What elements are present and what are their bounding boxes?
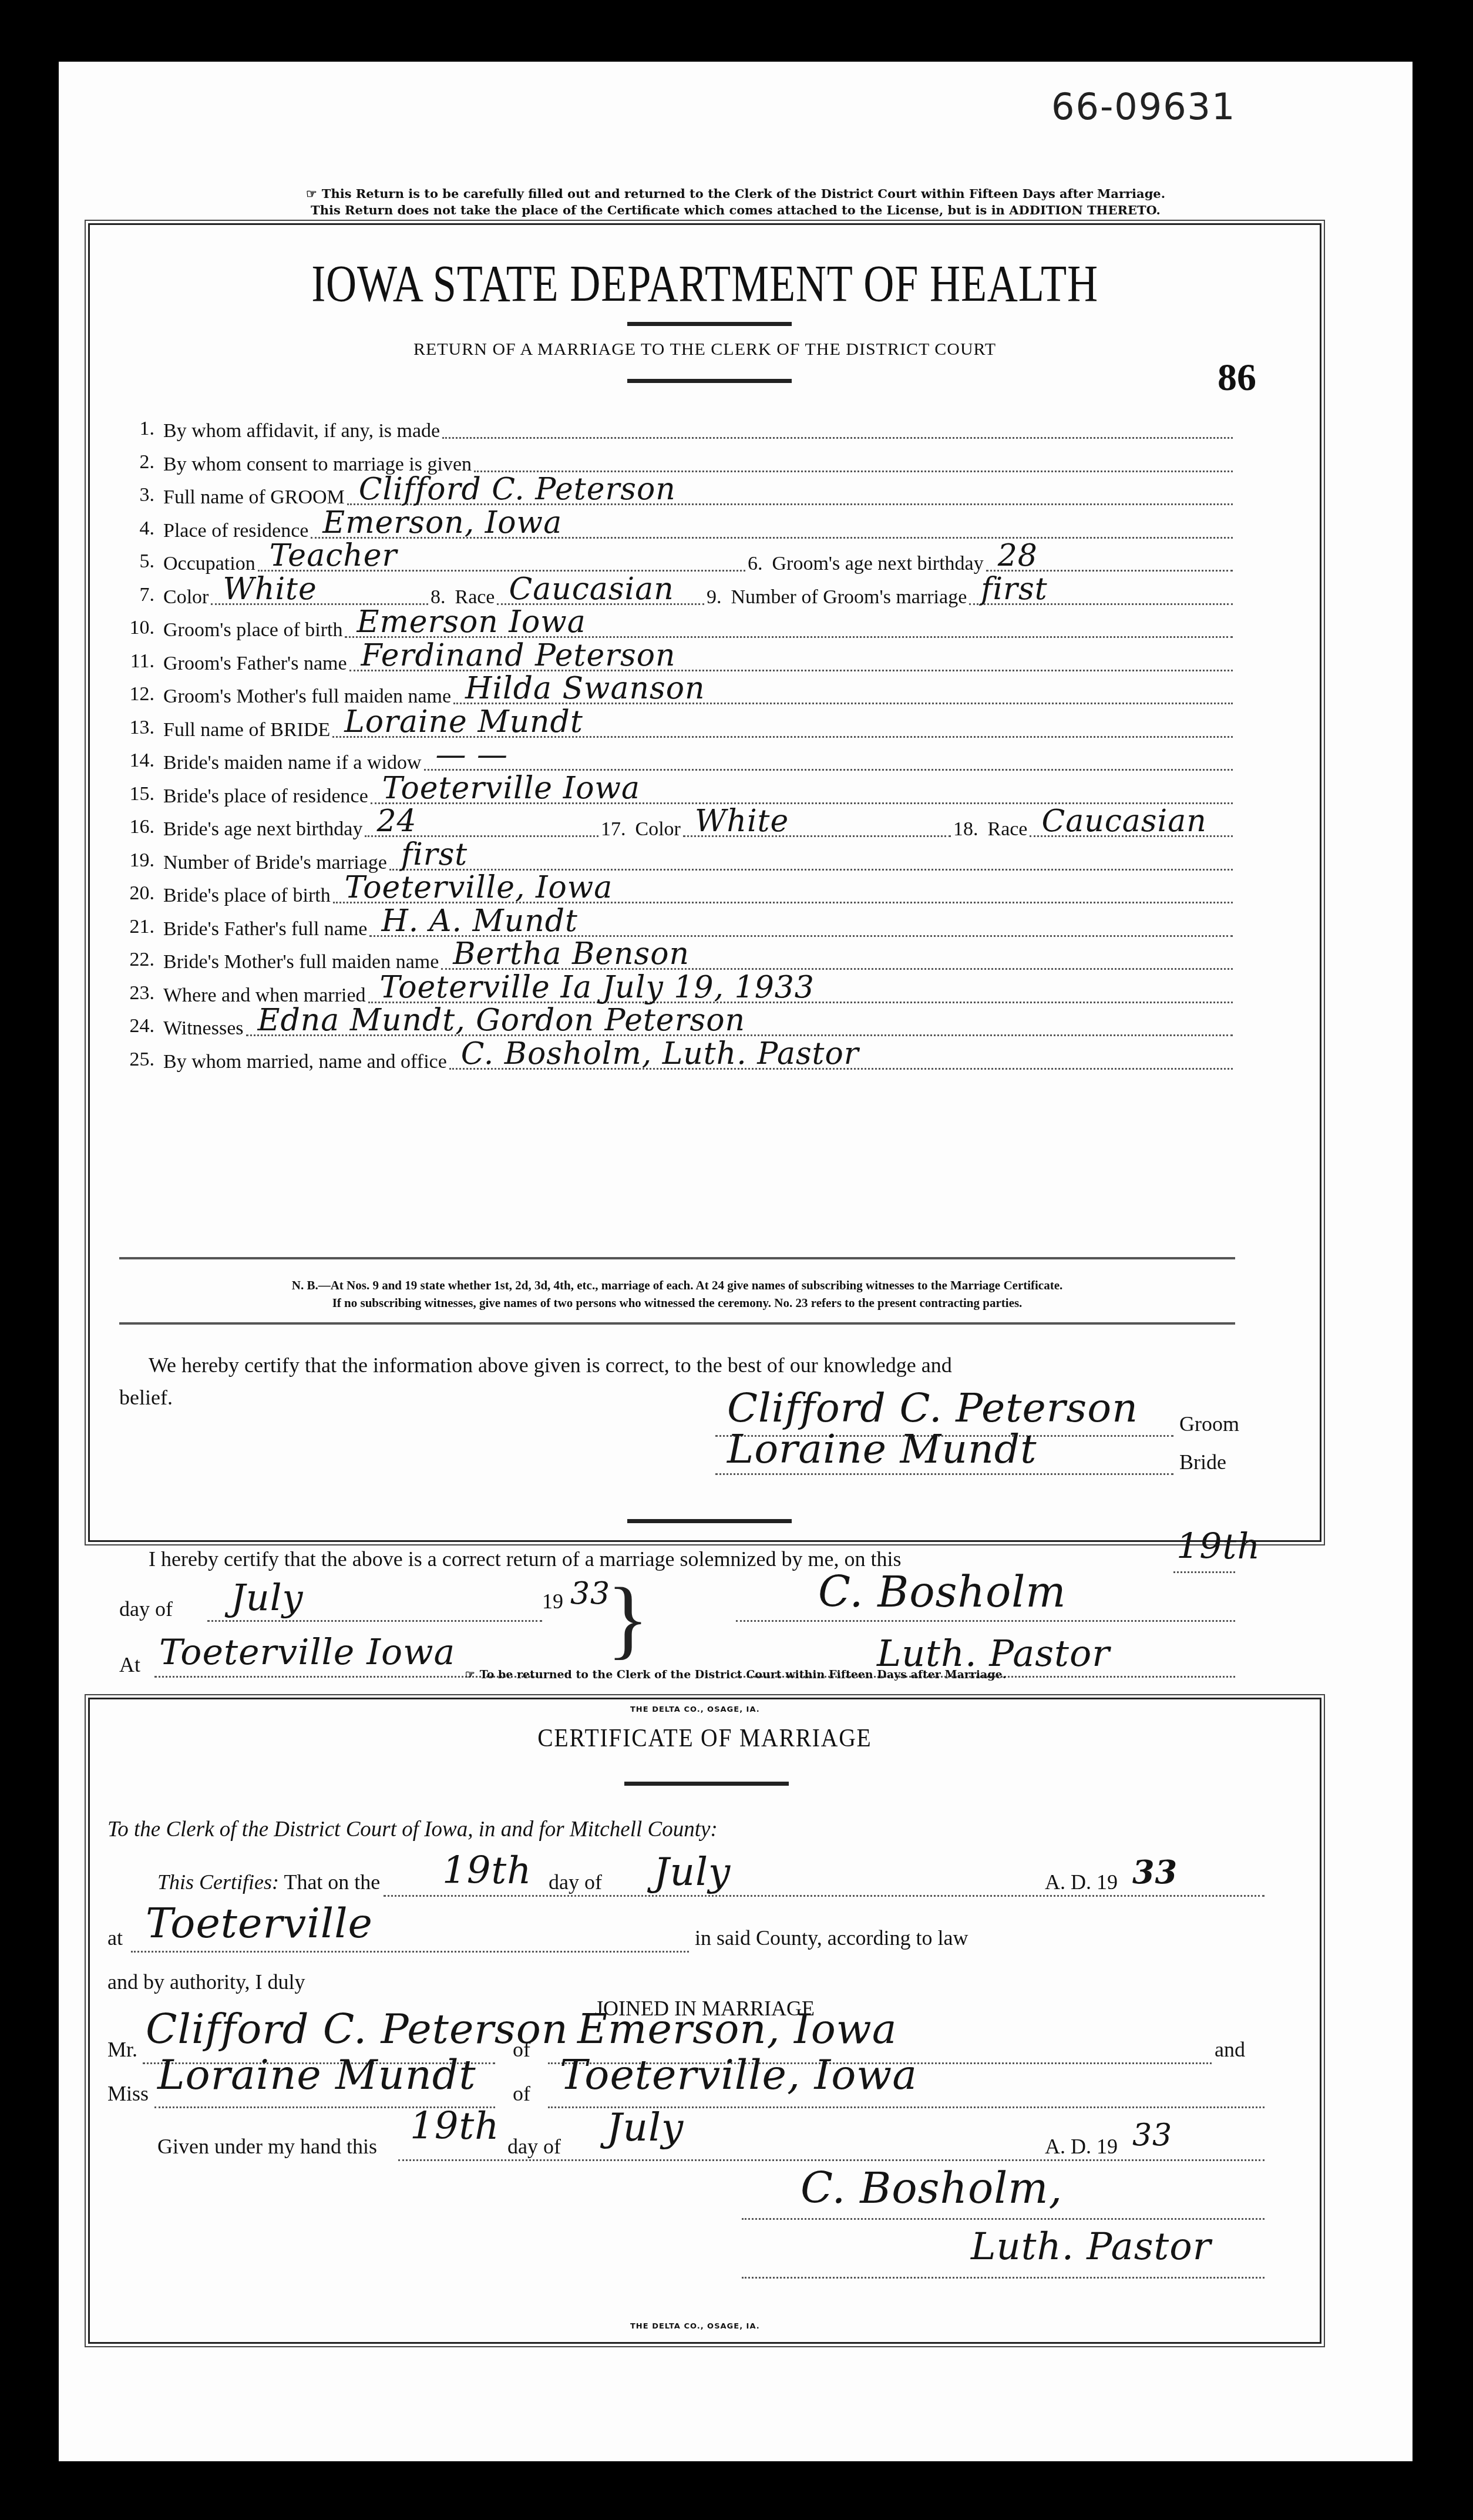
field-number: 15. xyxy=(119,783,154,805)
mr-label: Mr. xyxy=(107,2037,137,2062)
field-value: Toeterville Ia July 19, 1933 xyxy=(380,970,815,1005)
return-notice-line-1: ☞This Return is to be carefully filled o… xyxy=(59,186,1413,201)
field-line: 24 xyxy=(365,835,598,837)
field-number: 13. xyxy=(119,717,154,739)
form-row: 19.Number of Bride's marriagefirst xyxy=(119,845,1235,879)
field-value: Loraine Mundt xyxy=(344,704,583,740)
divider xyxy=(627,379,792,383)
field-value: Edna Mundt, Gordon Peterson xyxy=(258,1003,746,1038)
field-value: Emerson Iowa xyxy=(357,604,586,640)
field-number: 24. xyxy=(119,1015,154,1037)
field-number: 25. xyxy=(119,1049,154,1071)
field-number: 23. xyxy=(119,982,154,1004)
given-day-of-label: day of xyxy=(504,2134,564,2159)
field-number: 18. xyxy=(953,818,978,844)
field-number: 7. xyxy=(119,584,154,606)
field-label: Color xyxy=(163,586,208,612)
field-line xyxy=(442,437,1233,439)
field-number: 19. xyxy=(119,849,154,872)
form-field: Bride's age next birthday24 xyxy=(163,811,601,844)
officiant-title-line xyxy=(742,2277,1265,2279)
divider xyxy=(119,1257,1235,1259)
nb-note-1: N. B.—At Nos. 9 and 19 state whether 1st… xyxy=(119,1278,1235,1293)
field-value: 28 xyxy=(998,538,1038,573)
form-field: Number of Bride's marriagefirst xyxy=(163,845,1235,878)
field-number: 9. xyxy=(707,586,722,612)
certificate-day: 19th xyxy=(442,1849,532,1893)
groom-residence: Emerson, Iowa xyxy=(577,2005,897,2053)
day-line xyxy=(1173,1571,1235,1573)
notice-text-1: This Return is to be carefully filled ou… xyxy=(322,186,1165,201)
field-value: Ferdinand Peterson xyxy=(361,638,676,673)
couple-certification-text-2: belief. xyxy=(119,1385,173,1410)
field-number: 5. xyxy=(119,550,154,573)
form-row: 20.Bride's place of birthToeterville, Io… xyxy=(119,878,1235,912)
brace: } xyxy=(607,1575,649,1663)
day-value: 19th xyxy=(1176,1526,1260,1567)
field-label: Bride's place of birth xyxy=(163,885,331,910)
certificate-notice: ☞To be returned to the Clerk of the Dist… xyxy=(59,1668,1413,1681)
divider xyxy=(627,322,792,326)
form-field: 9.Number of Groom's marriagefirst xyxy=(707,579,1235,612)
at-label: at xyxy=(107,1926,123,1950)
certificate-place: Toeterville xyxy=(146,1899,373,1947)
pointing-hand-icon: ☞ xyxy=(306,186,317,201)
divider xyxy=(627,1519,792,1523)
field-line: Emerson, Iowa xyxy=(311,537,1233,539)
form-subtitle: RETURN OF A MARRIAGE TO THE CLERK OF THE… xyxy=(90,340,1320,359)
field-line: Caucasian xyxy=(1030,835,1233,837)
of-label: of xyxy=(513,2081,530,2106)
form-field: Bride's Father's full nameH. A. Mundt xyxy=(163,911,1235,944)
field-number: 16. xyxy=(119,816,154,838)
field-line: first xyxy=(969,603,1233,605)
field-label: By whom married, name and office xyxy=(163,1051,447,1077)
field-label: Full name of GROOM xyxy=(163,486,345,512)
field-label: Groom's Father's name xyxy=(163,653,347,678)
field-line: White xyxy=(683,835,951,837)
date-line xyxy=(384,1895,1265,1897)
officiant-signature-line xyxy=(736,1620,1235,1622)
given-label: Given under my hand this xyxy=(157,2134,377,2159)
nb-note-2: If no subscribing witnesses, give names … xyxy=(119,1296,1235,1311)
form-field: By whom affidavit, if any, is made xyxy=(163,413,1235,446)
field-line: C. Bosholm, Luth. Pastor xyxy=(449,1068,1233,1070)
field-label: Groom's place of birth xyxy=(163,619,342,645)
field-value: Toeterville Iowa xyxy=(382,771,640,806)
given-ad-label: A. D. 19 xyxy=(1041,2134,1121,2159)
field-number: 22. xyxy=(119,949,154,971)
certificate-officiant-signature: C. Bosholm, xyxy=(801,2163,1062,2213)
day-of-label: day of xyxy=(545,1870,606,1894)
field-value: first xyxy=(401,837,468,872)
month-line xyxy=(207,1620,542,1622)
divider xyxy=(119,1322,1235,1325)
sheet-number: 86 xyxy=(1218,355,1256,400)
authority-text: and by authority, I duly xyxy=(107,1970,305,1994)
field-label: Race xyxy=(988,818,1028,844)
field-label: Bride's Father's full name xyxy=(163,918,367,944)
field-value: first xyxy=(981,572,1047,607)
field-value: Emerson, Iowa xyxy=(322,505,562,540)
county-text: in said County, according to law xyxy=(695,1926,968,1950)
form-row: 12.Groom's Mother's full maiden nameHild… xyxy=(119,678,1235,713)
field-number: 10. xyxy=(119,617,154,639)
given-year: 33 xyxy=(1132,2118,1172,2153)
field-label: Color xyxy=(635,818,681,844)
form-field: 18.RaceCaucasian xyxy=(953,811,1235,844)
field-value: 24 xyxy=(376,804,416,839)
miss-label: Miss xyxy=(107,2081,149,2106)
form-row: 3.Full name of GROOMClifford C. Peterson xyxy=(119,479,1235,513)
file-number: 66-09631 xyxy=(1051,85,1236,128)
form-field: Full name of BRIDELoraine Mundt xyxy=(163,712,1235,745)
field-value: Caucasian xyxy=(509,572,674,607)
field-number: 2. xyxy=(119,451,154,473)
certificate-title: CERTIFICATE OF MARRIAGE xyxy=(152,1723,1259,1753)
form-row: 13.Full name of BRIDELoraine Mundt xyxy=(119,712,1235,746)
field-number: 20. xyxy=(119,882,154,905)
bride-residence: Toeterville, Iowa xyxy=(560,2051,917,2099)
field-value: Bertha Benson xyxy=(453,936,690,972)
document-page: 66-09631 ☞This Return is to be carefully… xyxy=(59,62,1413,2461)
field-value: Caucasian xyxy=(1041,804,1206,839)
certifies-label: This Certifies: That on the xyxy=(157,1870,380,1894)
groom-label: Groom xyxy=(1179,1412,1239,1436)
field-value: — — xyxy=(436,737,509,772)
field-label: Bride's age next birthday xyxy=(163,818,362,844)
field-label: Full name of BRIDE xyxy=(163,719,330,745)
form-row: 14.Bride's maiden name if a widow— — xyxy=(119,745,1235,779)
return-notice-line-2: This Return does not take the place of t… xyxy=(59,203,1413,217)
field-label: Groom's age next birthday xyxy=(772,553,984,579)
place-value: Toeterville Iowa xyxy=(159,1632,455,1673)
form-row: 7.ColorWhite8.RaceCaucasian9.Number of G… xyxy=(119,579,1235,613)
groom-name: Clifford C. Peterson xyxy=(146,2005,569,2053)
form-field: Groom's Mother's full maiden nameHilda S… xyxy=(163,678,1235,711)
certificate-notice-text: To be returned to the Clerk of the Distr… xyxy=(480,1668,1007,1681)
field-value: Hilda Swanson xyxy=(465,671,705,706)
form-row: 16.Bride's age next birthday2417.ColorWh… xyxy=(119,811,1235,845)
certificate-addressee: To the Clerk of the District Court of Io… xyxy=(107,1817,718,1842)
return-of-marriage-form: IOWA STATE DEPARTMENT OF HEALTH RETURN O… xyxy=(88,223,1321,1542)
field-value: White xyxy=(695,804,789,839)
bride-label: Bride xyxy=(1179,1450,1226,1474)
field-label: Witnesses xyxy=(163,1017,244,1043)
groom-signature: Clifford C. Peterson xyxy=(727,1385,1138,1432)
divider xyxy=(624,1782,789,1786)
day-of-label: day of xyxy=(119,1597,173,1621)
of-label: of xyxy=(513,2037,530,2062)
field-value: C. Bosholm, Luth. Pastor xyxy=(461,1036,859,1071)
field-value: White xyxy=(223,572,317,607)
form-field: Bride's place of birthToeterville, Iowa xyxy=(163,878,1235,910)
field-number: 4. xyxy=(119,518,154,540)
field-number: 14. xyxy=(119,750,154,772)
field-number: 11. xyxy=(119,650,154,673)
field-number: 17. xyxy=(601,818,626,844)
form-field: Groom's place of birthEmerson Iowa xyxy=(163,612,1235,645)
field-number: 12. xyxy=(119,683,154,705)
field-value: Toeterville, Iowa xyxy=(345,870,613,905)
and-label: and xyxy=(1215,2037,1245,2062)
form-field: 17.ColorWhite xyxy=(601,811,953,844)
certifies-italic: This Certifies: xyxy=(157,1870,279,1894)
form-field: By whom consent to marriage is given xyxy=(163,446,1235,479)
given-month: July xyxy=(607,2105,684,2150)
year-written: 33 xyxy=(570,1576,610,1611)
pointing-hand-icon: ☞ xyxy=(465,1668,475,1681)
field-number: 1. xyxy=(119,418,154,440)
place-line xyxy=(131,1951,689,1953)
field-number: 21. xyxy=(119,916,154,938)
form-row: 2.By whom consent to marriage is given xyxy=(119,446,1235,481)
that-on-label: That on the xyxy=(284,1870,380,1894)
printer-imprint: THE DELTA CO., OSAGE, IA. xyxy=(630,2322,760,2331)
year-printed: 19 xyxy=(542,1589,563,1614)
bride-name: Loraine Mundt xyxy=(157,2051,476,2099)
field-label: Number of Groom's marriage xyxy=(731,586,967,612)
form-field: Bride's maiden name if a widow— — xyxy=(163,745,1235,778)
field-value: Clifford C. Peterson xyxy=(359,472,676,507)
form-row: 10.Groom's place of birthEmerson Iowa xyxy=(119,612,1235,646)
ad-label: A. D. 19 xyxy=(1041,1870,1121,1894)
form-field: By whom married, name and officeC. Bosho… xyxy=(163,1044,1235,1077)
bride-signature-line xyxy=(715,1473,1173,1475)
field-number: 3. xyxy=(119,484,154,506)
given-line xyxy=(398,2159,1265,2161)
form-row: 1.By whom affidavit, if any, is made xyxy=(119,413,1235,447)
officiant-certification-text: I hereby certify that the above is a cor… xyxy=(149,1547,901,1571)
month-value: July xyxy=(231,1576,304,1619)
field-label: By whom affidavit, if any, is made xyxy=(163,420,440,446)
officiant-signature-line xyxy=(742,2218,1265,2220)
bride-signature: Loraine Mundt xyxy=(727,1426,1037,1473)
certificate-year: 33 xyxy=(1132,1853,1178,1891)
certificate-of-marriage: CERTIFICATE OF MARRIAGE To the Clerk of … xyxy=(88,1698,1321,2344)
form-title: IOWA STATE DEPARTMENT OF HEALTH xyxy=(200,254,1209,314)
field-number: 6. xyxy=(748,553,763,579)
field-value: Teacher xyxy=(270,538,398,573)
certificate-month: July xyxy=(654,1849,731,1894)
field-value: H. A. Mundt xyxy=(381,903,577,939)
certificate-officiant-title: Luth. Pastor xyxy=(971,2225,1211,2269)
officiant-signature: C. Bosholm xyxy=(818,1567,1067,1617)
field-label: Bride's place of residence xyxy=(163,785,368,811)
given-day: 19th xyxy=(410,2105,499,2148)
couple-certification-text: We hereby certify that the information a… xyxy=(149,1353,952,1377)
form-row: 25.By whom married, name and officeC. Bo… xyxy=(119,1044,1235,1078)
